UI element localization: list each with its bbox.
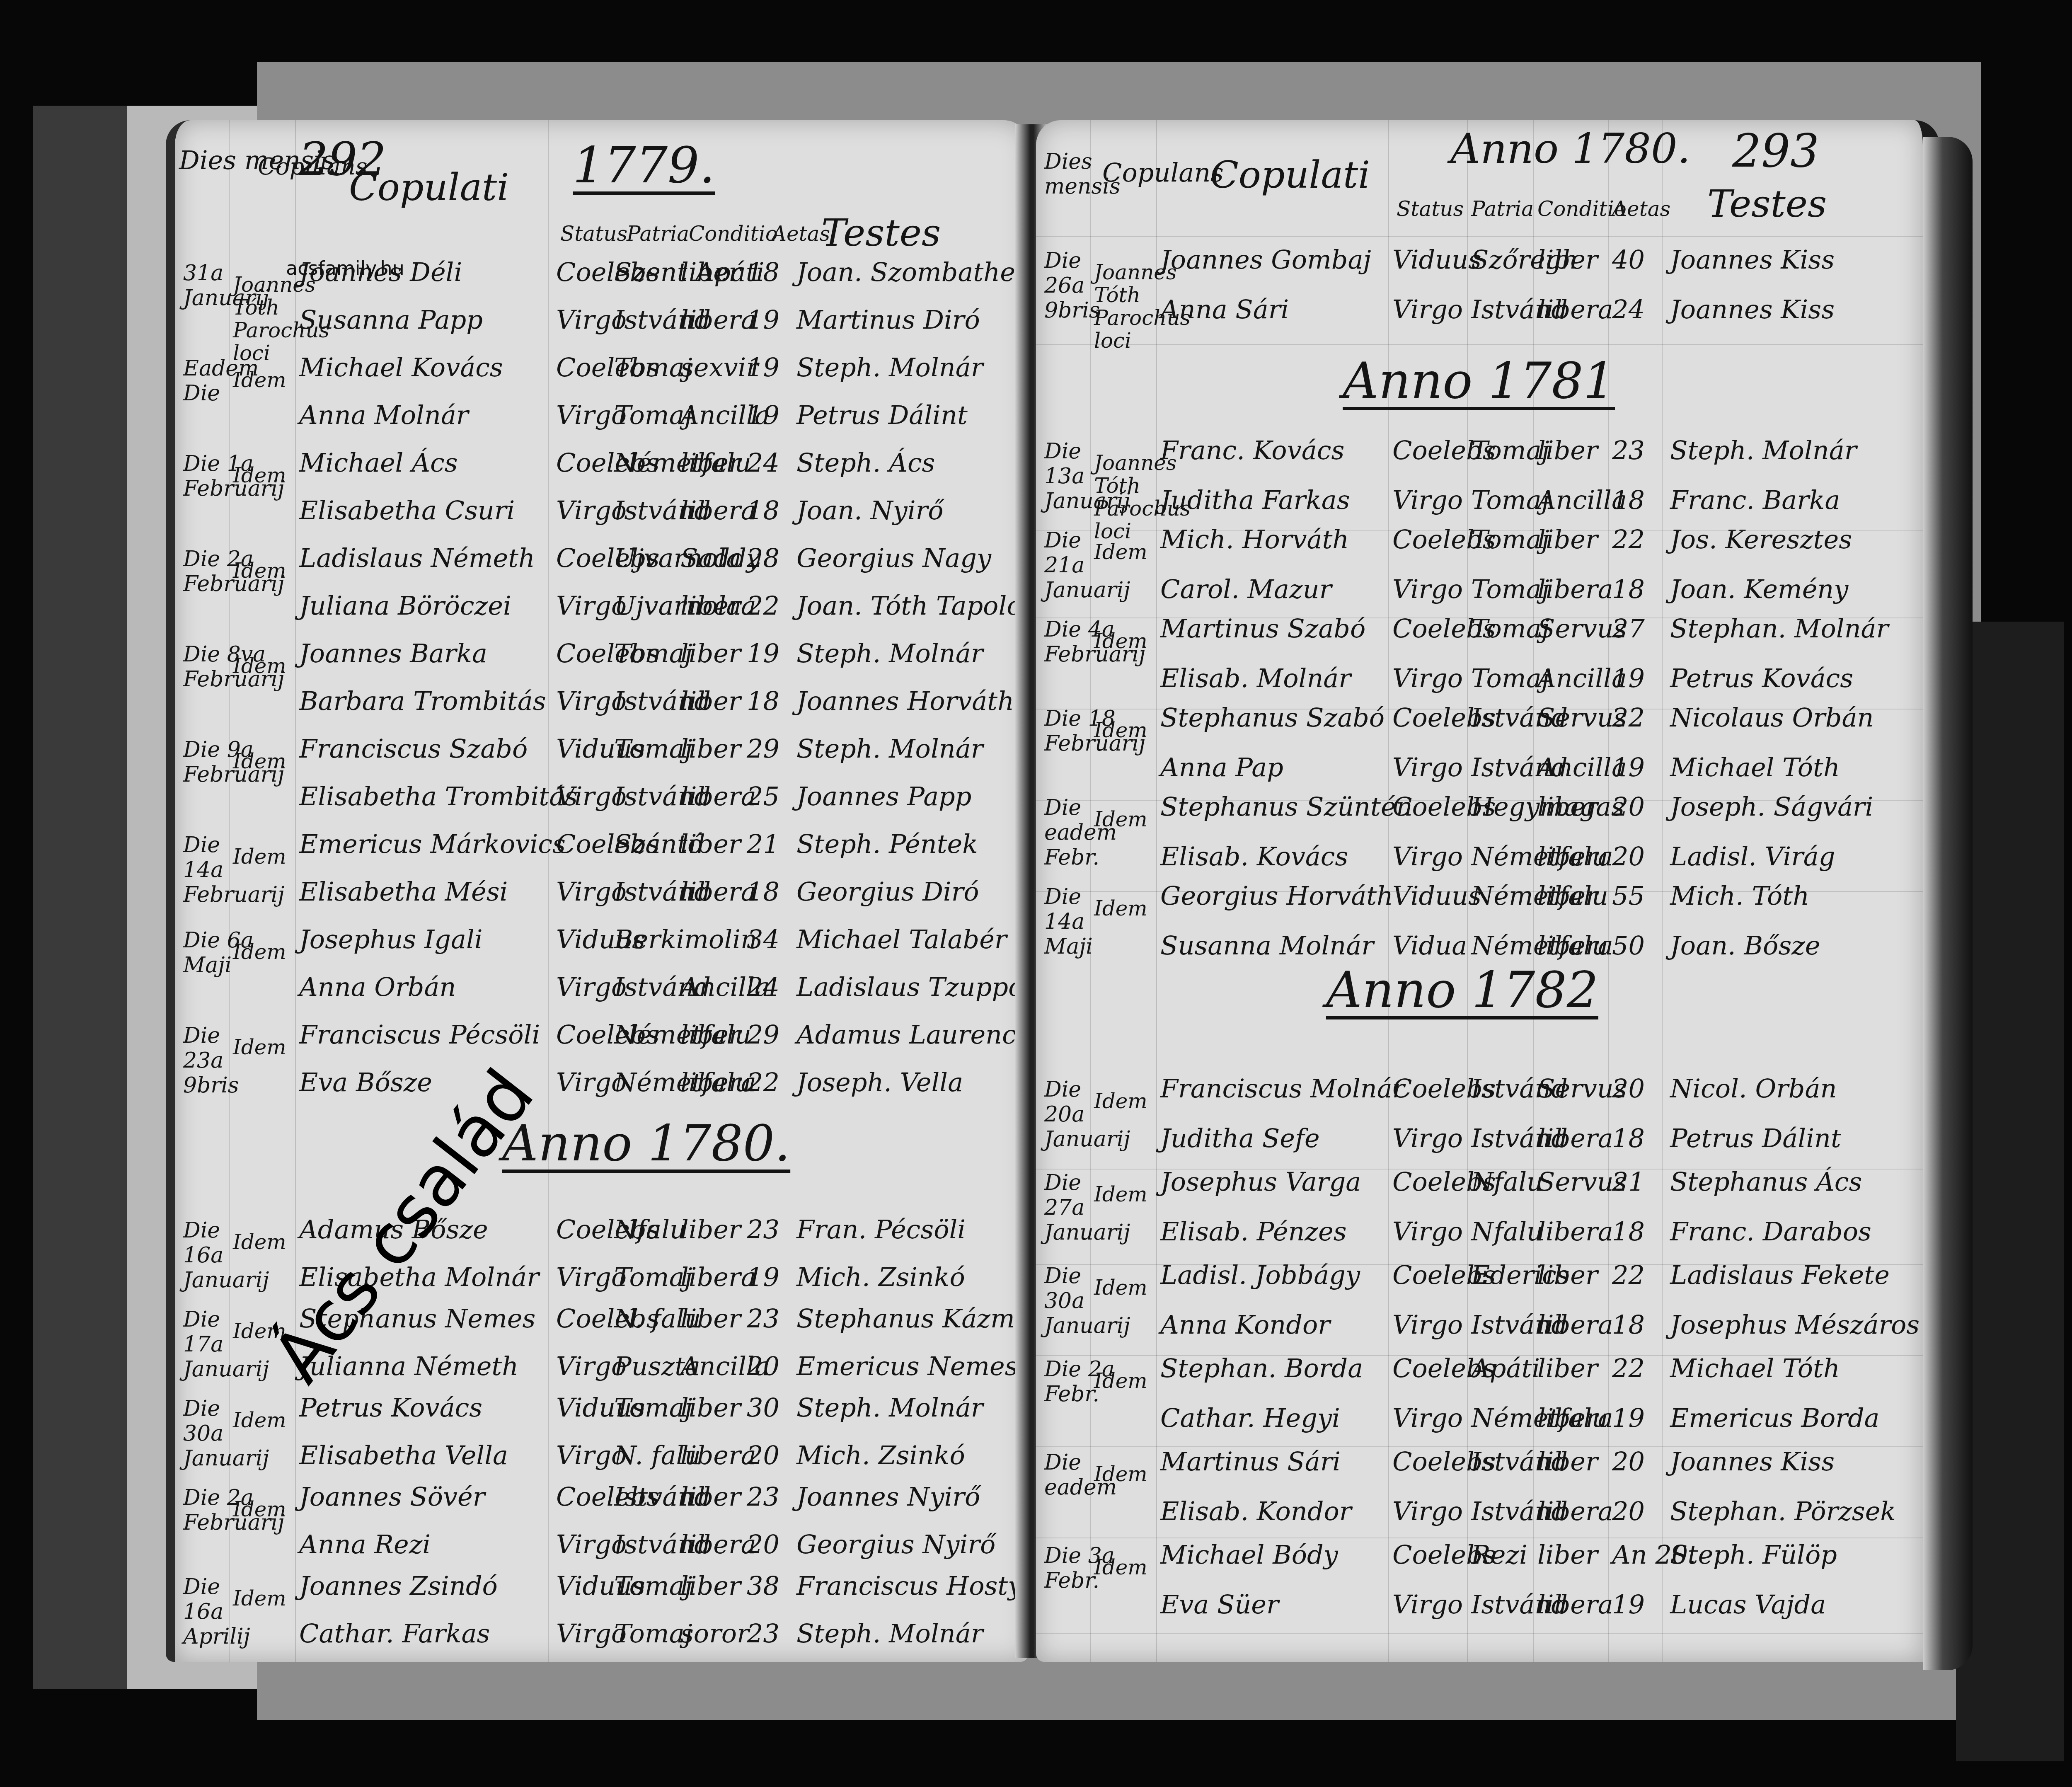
bride-witness: Joannes Kiss — [1670, 294, 1835, 324]
groom-conditio: liber — [680, 448, 741, 478]
groom-row: Joannes ZsindóViduusTomajliber38Francisc… — [175, 1571, 1029, 1616]
groom-witness: Nicolaus Orbán — [1670, 702, 1874, 733]
bride-conditio: libera — [1537, 294, 1613, 324]
groom-name: Ladislaus Németh — [299, 543, 535, 573]
groom-age: 22 — [1612, 1353, 1645, 1383]
bride-age: 50 — [1612, 930, 1645, 961]
bride-age: 22 — [747, 1067, 779, 1097]
bride-name: Elisabetha Csuri — [299, 495, 515, 525]
groom-row: Franciscus SzabóViduusTomajliber29Steph.… — [175, 734, 1029, 779]
bride-age: 18 — [1612, 485, 1645, 515]
bride-age: 19 — [747, 305, 779, 335]
bride-age: 18 — [747, 877, 779, 907]
bride-age: 19 — [747, 1262, 779, 1292]
bride-row: Anna OrbánVirgoIstvándAncilla24Ladislaus… — [175, 972, 1029, 1017]
bride-witness: Mich. Zsinkó — [796, 1440, 965, 1470]
groom-age: 23 — [747, 1482, 779, 1512]
bride-name: Elisab. Pénzes — [1160, 1216, 1347, 1247]
bride-age: 20 — [1612, 841, 1645, 872]
groom-witness: Joannes Kiss — [1670, 245, 1835, 275]
bride-age: 19 — [1612, 1403, 1645, 1433]
bride-age: 22 — [747, 591, 779, 621]
bride-status: Vidua — [1392, 930, 1467, 961]
bride-name: Cathar. Farkas — [299, 1618, 490, 1649]
bride-row: Anna PapVirgoIstvándAncilla19Michael Tót… — [1036, 752, 1923, 798]
groom-status: Viduus — [1392, 881, 1481, 911]
header-date: Dies mensis — [1044, 149, 1090, 199]
bride-witness: Michael Tóth — [1670, 752, 1840, 782]
bride-witness: Josephus Mészáros — [1670, 1310, 1920, 1340]
bride-row: Elisabetha CsuriVirgoIstvándlibera18Joan… — [175, 495, 1029, 541]
groom-name: Michael Kovács — [299, 352, 503, 383]
bride-witness: Petrus Dálint — [796, 400, 968, 430]
header-officiant: Copulans — [1102, 157, 1224, 188]
bride-row: Anna SáriVirgoIstvándlibera24Joannes Kis… — [1036, 294, 1923, 340]
bride-status: Virgo — [1392, 752, 1463, 782]
groom-age: 38 — [747, 1571, 779, 1601]
header-testes: Testes — [821, 211, 941, 255]
groom-patria: Nfalu — [614, 1214, 686, 1245]
groom-age: 23 — [1612, 435, 1645, 465]
bride-row: Elisab. MolnárVirgoTomajAncilla19Petrus … — [1036, 663, 1923, 709]
bride-conditio: libera — [1537, 574, 1613, 604]
groom-age: 19 — [747, 352, 779, 383]
bride-conditio: libera — [1537, 1496, 1613, 1526]
bride-witness: Petrus Dálint — [1670, 1123, 1841, 1153]
bride-conditio: libera — [1537, 1589, 1613, 1620]
bride-name: Elisab. Kondor — [1160, 1496, 1351, 1526]
bride-witness: Lucas Vajda — [1670, 1589, 1826, 1620]
bride-row: Juditha SefeVirgoIstvándlibera18Petrus D… — [1036, 1123, 1923, 1169]
bride-conditio: libera — [680, 1067, 756, 1097]
bride-status: Virgo — [1392, 1216, 1463, 1247]
groom-row: Stephanus SzünténCoelebsHegymagasliber20… — [1036, 792, 1923, 837]
groom-witness: Michael Tóth — [1670, 1353, 1840, 1383]
ruled-line — [1036, 1633, 1923, 1634]
groom-row: Franc. KovácsCoelebsTomajliber23Steph. M… — [1036, 435, 1923, 481]
bride-witness: Joannes Papp — [796, 781, 972, 811]
groom-patria: Nfalu — [1471, 1167, 1543, 1197]
groom-age: 23 — [747, 1214, 779, 1245]
bride-status: Virgo — [1392, 294, 1463, 324]
bride-row: Elisab. PénzesVirgoNfalulibera18Franc. D… — [1036, 1216, 1923, 1262]
ruled-line — [1036, 709, 1923, 709]
groom-conditio: liber — [680, 1392, 741, 1423]
bride-name: Eva Süer — [1160, 1589, 1279, 1620]
header-couple: Copulati — [349, 166, 509, 209]
bride-row: Elisab. KovácsVirgoNémetfalulibera20Ladi… — [1036, 841, 1923, 887]
bride-row: Juliana BöröczeiVirgoUjvarnolalibera22Jo… — [175, 591, 1029, 636]
bride-age: 20 — [747, 1351, 779, 1381]
groom-name: Petrus Kovács — [299, 1392, 482, 1423]
ruled-line — [1036, 530, 1923, 531]
groom-conditio: liber — [680, 1571, 741, 1601]
groom-witness: Fran. Pécsöli — [796, 1214, 966, 1245]
groom-witness: Georgius Nagy — [796, 543, 991, 573]
bride-witness: Joan. Nyirő — [796, 495, 944, 525]
groom-row: Joannes BarkaCoelebsTomajliber19Steph. M… — [175, 638, 1029, 684]
groom-age: 55 — [1612, 881, 1645, 911]
groom-witness: Joannes Kiss — [1670, 1446, 1835, 1477]
groom-row: Michael BódyCoelebsReziliberAn 20.Steph.… — [1036, 1540, 1923, 1585]
bride-witness: Stephan. Pörzsek — [1670, 1496, 1896, 1526]
groom-status: Viduus — [1392, 245, 1481, 275]
bride-age: 24 — [747, 972, 779, 1002]
bride-row: Cathar. FarkasVirgoTomajsoror23Steph. Mo… — [175, 1618, 1029, 1664]
bride-witness: Emericus Nemes — [796, 1351, 1018, 1381]
bride-conditio: libera — [680, 305, 756, 335]
bride-row: Anna MolnárVirgoTomajAncilla19Petrus Dál… — [175, 400, 1029, 446]
groom-row: Ladisl. JobbágyCoelebsEdericsliber22Ladi… — [1036, 1260, 1923, 1305]
bride-conditio: liber — [680, 686, 741, 716]
bride-status: Virgo — [1392, 1496, 1463, 1526]
bride-conditio: libera — [1537, 1403, 1613, 1433]
ruled-line — [1036, 1355, 1923, 1356]
left-page: Dies mensis Copulans 292 Copulati 1779. … — [166, 120, 1029, 1662]
groom-row: Martinus SáriCoelebsIstvándliber20Joanne… — [1036, 1446, 1923, 1492]
header-patria: Patria — [1471, 197, 1534, 221]
bride-row: Cathar. HegyiVirgoNémetfalulibera19Emeri… — [1036, 1403, 1923, 1448]
groom-conditio: liber — [1537, 435, 1598, 465]
bride-conditio: libera — [680, 877, 756, 907]
bride-name: Carol. Mazur — [1160, 574, 1331, 604]
bride-name: Anna Orbán — [299, 972, 456, 1002]
bride-name: Susanna Papp — [299, 305, 483, 335]
groom-witness: Joan. Szombatheli — [796, 257, 1032, 287]
groom-row: Michael KovácsCoelebsTomajsexvir19Steph.… — [175, 352, 1029, 398]
bride-age: 19 — [747, 400, 779, 430]
watermark-site: acsfamily.hu — [286, 257, 404, 279]
groom-age: 21 — [747, 829, 779, 859]
bride-witness: Joan. Bősze — [1670, 930, 1820, 961]
header-status: Status — [560, 222, 627, 246]
groom-patria: Apáti — [1471, 1353, 1540, 1383]
groom-name: Joannes Sövér — [299, 1482, 485, 1512]
bride-conditio: libera — [680, 781, 756, 811]
groom-age: 34 — [747, 924, 779, 954]
groom-age: 29 — [747, 1019, 779, 1050]
ruled-line — [1036, 1538, 1923, 1538]
groom-name: Franciscus Pécsöli — [299, 1019, 540, 1050]
bride-age: 18 — [1612, 1123, 1645, 1153]
year-heading-1780: Anno 1780. — [502, 1115, 790, 1172]
groom-row: Joannes SövérCoelebsIstvándliber23Joanne… — [175, 1482, 1029, 1527]
groom-row: Stephan. BordaCoelebsApátiliber22Michael… — [1036, 1353, 1923, 1399]
groom-name: Martinus Sári — [1160, 1446, 1341, 1477]
bride-age: 18 — [1612, 1310, 1645, 1340]
groom-row: Georgius HorváthViduusNémetfaluliber55Mi… — [1036, 881, 1923, 926]
groom-witness: Steph. Ács — [796, 448, 935, 478]
groom-name: Josephus Varga — [1160, 1167, 1361, 1197]
bride-name: Eva Bősze — [299, 1067, 432, 1097]
groom-age: 20 — [1612, 1073, 1645, 1104]
header-status: Status — [1397, 197, 1464, 221]
bride-age: 18 — [1612, 574, 1645, 604]
bride-status: Virgo — [1392, 1310, 1463, 1340]
groom-name: Josephus Igali — [299, 924, 483, 954]
groom-name: Mich. Horváth — [1160, 524, 1349, 555]
bride-row: Anna KondorVirgoIstvándlibera18Josephus … — [1036, 1310, 1923, 1355]
bride-witness: Martinus Diró — [796, 305, 980, 335]
groom-age: 40 — [1612, 245, 1645, 275]
bride-age: 19 — [1612, 663, 1645, 693]
bride-status: Virgo — [1392, 574, 1463, 604]
bride-row: Juditha FarkasVirgoTomajAncilla18Franc. … — [1036, 485, 1923, 530]
bride-conditio: soror — [680, 1618, 749, 1649]
groom-witness: Steph. Molnár — [1670, 435, 1857, 465]
groom-row: Franciscus PécsöliCoelebsNémetfaluliber2… — [175, 1019, 1029, 1065]
bride-row: Barbara TrombitásVirgoIstvándliber18Joan… — [175, 686, 1029, 731]
page-number: 293 — [1732, 124, 1819, 177]
groom-age: 18 — [747, 257, 779, 287]
bride-patria: Nfalu — [1471, 1216, 1543, 1247]
bride-status: Virgo — [1392, 1403, 1463, 1433]
ruled-line — [1036, 617, 1923, 618]
header-testes: Testes — [1707, 182, 1827, 226]
groom-witness: Stephanus Kázmér — [796, 1303, 1042, 1334]
bride-witness: Mich. Zsinkó — [796, 1262, 965, 1292]
bride-age: 25 — [747, 781, 779, 811]
bride-name: Elisab. Kovács — [1160, 841, 1348, 872]
groom-conditio: liber — [1537, 524, 1598, 555]
groom-name: Georgius Horváth — [1160, 881, 1393, 911]
groom-conditio: liber — [680, 829, 741, 859]
bride-name: Elisabetha Vella — [299, 1440, 508, 1470]
groom-name: Franc. Kovács — [1160, 435, 1344, 465]
bride-witness: Petrus Kovács — [1670, 663, 1853, 693]
groom-age: 20 — [1612, 1446, 1645, 1477]
bride-age: 18 — [747, 495, 779, 525]
groom-row: Adamus BőszeCoelebsNfaluliber23Fran. Péc… — [175, 1214, 1029, 1260]
year-heading-1781: Anno 1781 — [1343, 352, 1615, 410]
groom-conditio: liber — [680, 1482, 741, 1512]
year-heading-1782: Anno 1782 — [1326, 961, 1598, 1019]
bride-name: Barbara Trombitás — [299, 686, 546, 716]
bride-name: Anna Sári — [1160, 294, 1289, 324]
bride-status: Virgo — [1392, 485, 1463, 515]
groom-conditio: liber — [680, 638, 741, 668]
bride-name: Susanna Molnár — [1160, 930, 1374, 961]
groom-name: Joannes Zsindó — [299, 1571, 498, 1601]
groom-conditio: liber — [1537, 792, 1598, 822]
groom-row: Josephus IgaliViduusBerkimolin34Michael … — [175, 924, 1029, 970]
groom-patria: Berkimolin — [614, 924, 757, 954]
groom-row: Petrus KovácsViduusTomajliber30Steph. Mo… — [175, 1392, 1029, 1438]
bride-name: Elisabetha Trombitás — [299, 781, 578, 811]
bride-name: Anna Molnár — [299, 400, 468, 430]
groom-row: Joannes GombajViduusSzőreghliber40Joanne… — [1036, 245, 1923, 290]
bride-witness: Joseph. Vella — [796, 1067, 963, 1097]
header-couple: Copulati — [1210, 153, 1370, 197]
groom-conditio: liber — [680, 734, 741, 764]
ruled-line — [1036, 344, 1923, 345]
groom-witness: Joseph. Ságvári — [1670, 792, 1873, 822]
bride-witness: Joan. Kemény — [1670, 574, 1848, 604]
bride-name: Cathar. Hegyi — [1160, 1403, 1340, 1433]
groom-age: 30 — [747, 1392, 779, 1423]
groom-row: Franciscus MolnárCoelebsIstvándServus20N… — [1036, 1073, 1923, 1119]
bride-age: 20 — [747, 1440, 779, 1470]
bride-row: Eva BőszeVirgoNémetfalulibera22Joseph. V… — [175, 1067, 1029, 1113]
groom-row: Martinus SzabóCoelebsTomajServus27Stepha… — [1036, 613, 1923, 659]
groom-name: Franciscus Molnár — [1160, 1073, 1404, 1104]
groom-witness: Stephanus Ács — [1670, 1167, 1862, 1197]
groom-row: Michael ÁcsCoelebsNémetfaluliber24Steph.… — [175, 448, 1029, 493]
bride-row: Carol. MazurVirgoTomajlibera18Joan. Kemé… — [1036, 574, 1923, 620]
bride-conditio: libera — [1537, 1310, 1613, 1340]
page-stack-edge — [1923, 137, 1973, 1670]
bride-status: Virgo — [1392, 663, 1463, 693]
bride-age: 18 — [747, 686, 779, 716]
groom-witness: Jos. Keresztes — [1670, 524, 1852, 555]
ruled-line — [1036, 236, 1923, 237]
year-heading: Anno 1780. — [1450, 124, 1690, 173]
bride-age: 24 — [1612, 294, 1645, 324]
bride-age: 18 — [1612, 1216, 1645, 1247]
bride-row: Elisab. KondorVirgoIstvándlibera20Stepha… — [1036, 1496, 1923, 1542]
groom-row: Josephus VargaCoelebsNfaluServus21Stepha… — [1036, 1167, 1923, 1212]
groom-patria: Rezi — [1471, 1540, 1527, 1570]
bride-age: 23 — [747, 1618, 779, 1649]
groom-conditio: liber — [1537, 881, 1598, 911]
groom-witness: Steph. Molnár — [796, 352, 983, 383]
groom-witness: Nicol. Orbán — [1670, 1073, 1837, 1104]
bride-conditio: libera — [1537, 1123, 1613, 1153]
groom-name: Emericus Márkovics — [299, 829, 566, 859]
bride-witness: Emericus Borda — [1670, 1403, 1880, 1433]
groom-conditio: liber — [1537, 1540, 1598, 1570]
bride-witness: Joannes Horváth — [796, 686, 1014, 716]
bride-conditio: libera — [680, 1262, 756, 1292]
bride-witness: Ladislaus Tzuppoly — [796, 972, 1046, 1002]
groom-witness: Steph. Péntek — [796, 829, 978, 859]
bride-name: Anna Kondor — [1160, 1310, 1330, 1340]
groom-age: 20 — [1612, 792, 1645, 822]
groom-conditio: liber — [1537, 1353, 1598, 1383]
bride-age: 20 — [1612, 1496, 1645, 1526]
groom-witness: Franciscus Hosty — [796, 1571, 1022, 1601]
bride-witness: Franc. Barka — [1670, 485, 1840, 515]
groom-name: Franciscus Szabó — [299, 734, 528, 764]
groom-age: 24 — [747, 448, 779, 478]
bride-age: 19 — [1612, 1589, 1645, 1620]
bride-witness: Ladisl. Virág — [1670, 841, 1835, 872]
header-aetas: Aetas — [1612, 197, 1670, 221]
groom-row: Emericus MárkovicsCoelebsSzántóliber21St… — [175, 829, 1029, 874]
bride-conditio: libera — [680, 1440, 756, 1470]
ruled-line — [1036, 891, 1923, 892]
groom-row: Ladislaus NémethCoelebsUjvarnolaSaddy28G… — [175, 543, 1029, 588]
groom-name: Stephan. Borda — [1160, 1353, 1363, 1383]
ruled-line — [1036, 1446, 1923, 1447]
groom-name: Michael Bódy — [1160, 1540, 1338, 1570]
bride-name: Anna Pap — [1160, 752, 1283, 782]
ruled-line — [1036, 1169, 1923, 1170]
bride-status: Virgo — [1392, 1589, 1463, 1620]
groom-witness: Steph. Fülöp — [1670, 1540, 1837, 1570]
bride-status: Virgo — [1392, 1123, 1463, 1153]
groom-name: Stephanus Szabó — [1160, 702, 1385, 733]
bride-conditio: libera — [1537, 930, 1613, 961]
bride-row: Eva SüerVirgoIstvándlibera19Lucas Vajda — [1036, 1589, 1923, 1635]
bride-witness: Georgius Diró — [796, 877, 979, 907]
ruled-line — [1036, 800, 1923, 801]
right-page: Dies mensis Copulans Copulati Anno 1780.… — [1036, 120, 1939, 1662]
bride-row: Susanna PappVirgoIstvándlibera19Martinus… — [175, 305, 1029, 350]
groom-name: Michael Ács — [299, 448, 457, 478]
groom-name: Joannes Gombaj — [1160, 245, 1371, 275]
bride-age: 20 — [747, 1529, 779, 1559]
groom-age: 21 — [1612, 1167, 1645, 1197]
groom-conditio: liber — [680, 1019, 741, 1050]
bride-witness: Steph. Molnár — [796, 1618, 983, 1649]
bride-conditio: libera — [680, 1529, 756, 1559]
bride-conditio: libera — [680, 591, 756, 621]
groom-age: 22 — [1612, 524, 1645, 555]
bride-conditio: libera — [680, 495, 756, 525]
groom-conditio: liber — [680, 257, 741, 287]
header-conditio: Conditio — [689, 222, 778, 246]
groom-name: Stephanus Szüntén — [1160, 792, 1413, 822]
groom-conditio: liber — [1537, 245, 1598, 275]
bride-status: Virgo — [1392, 841, 1463, 872]
groom-age: 29 — [747, 734, 779, 764]
bride-row: Elisabetha MésiVirgoIstvándlibera18Georg… — [175, 877, 1029, 922]
year-heading: 1779. — [573, 137, 715, 194]
bride-age: 19 — [1612, 752, 1645, 782]
groom-age: 23 — [747, 1303, 779, 1334]
bride-name: Elisab. Molnár — [1160, 663, 1351, 693]
bride-name: Juditha Farkas — [1160, 485, 1350, 515]
bride-name: Juliana Böröczei — [299, 591, 511, 621]
groom-age: 28 — [747, 543, 779, 573]
groom-age: 19 — [747, 638, 779, 668]
groom-conditio: liber — [680, 1303, 741, 1334]
groom-name: Joannes Barka — [299, 638, 487, 668]
bride-conditio: libera — [1537, 841, 1613, 872]
header-patria: Patria — [627, 222, 689, 246]
groom-witness: Steph. Molnár — [796, 1392, 983, 1423]
groom-witness: Steph. Molnár — [796, 638, 983, 668]
groom-witness: Mich. Tóth — [1670, 881, 1809, 911]
bride-name: Elisabetha Mési — [299, 877, 508, 907]
bride-name: Anna Rezi — [299, 1529, 431, 1559]
bride-row: Anna ReziVirgoIstvándlibera20Georgius Ny… — [175, 1529, 1029, 1575]
bride-row: Elisabetha VellaVirgoN. falulibera20Mich… — [175, 1440, 1029, 1486]
groom-age: 22 — [1612, 702, 1645, 733]
groom-conditio: liber — [1537, 1446, 1598, 1477]
groom-witness: Michael Talabér — [796, 924, 1007, 954]
ruled-line — [1036, 1264, 1923, 1265]
groom-conditio: liber — [680, 1214, 741, 1245]
groom-witness: Steph. Molnár — [796, 734, 983, 764]
bride-witness: Georgius Nyirő — [796, 1529, 995, 1559]
bride-witness: Franc. Darabos — [1670, 1216, 1871, 1247]
groom-witness: Joannes Nyirő — [796, 1482, 980, 1512]
bride-conditio: libera — [1537, 1216, 1613, 1247]
bride-row: Elisabetha TrombitásVirgoIstvándlibera25… — [175, 781, 1029, 827]
bride-name: Juditha Sefe — [1160, 1123, 1320, 1153]
